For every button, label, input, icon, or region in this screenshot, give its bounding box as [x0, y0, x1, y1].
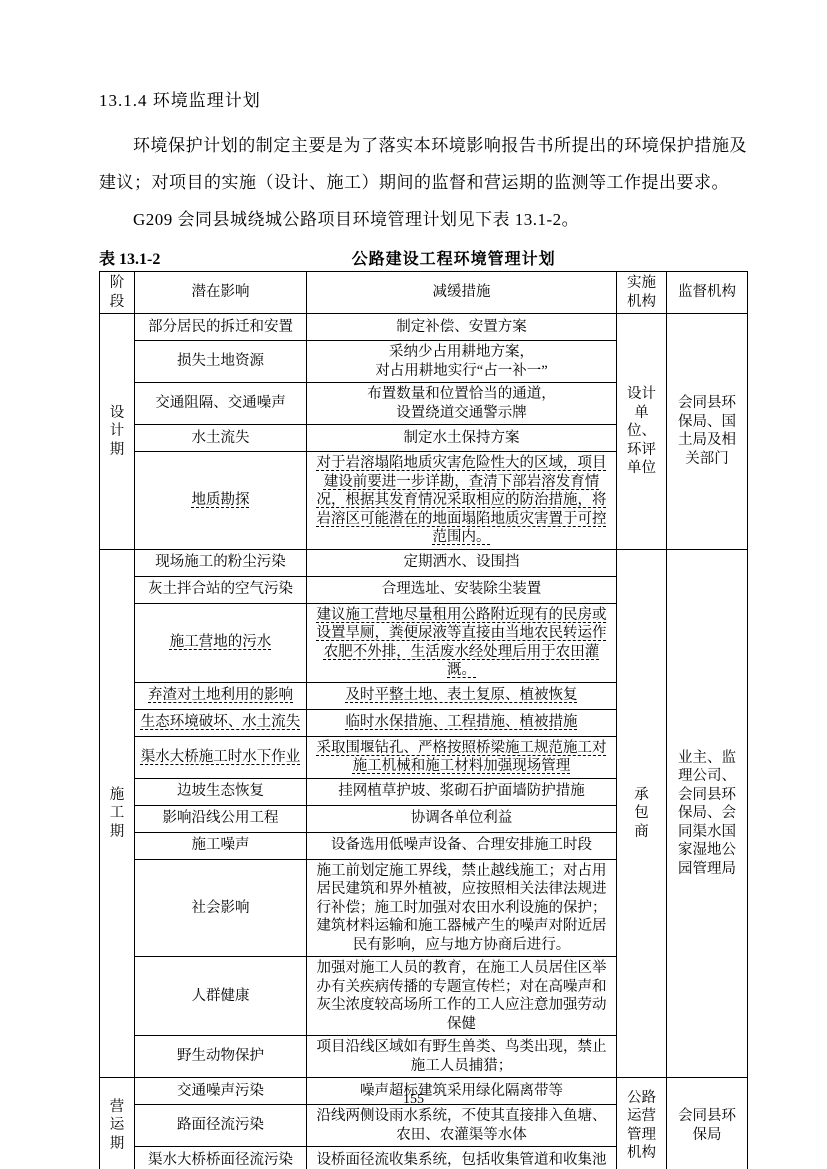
impact-cell: 地质勘探	[135, 452, 307, 550]
table-title: 公路建设工程环境管理计划	[160, 246, 747, 269]
measure-cell: 定期洒水、设围挡	[307, 549, 617, 576]
implementer-cell-construction: 承 包 商	[617, 549, 667, 1078]
impact-cell: 部分居民的拆迁和安置	[135, 314, 307, 341]
header-implementer: 实施 机构	[617, 272, 667, 314]
measure-cell: 施工前划定施工界线，禁止越线施工；对占用居民建筑和界外植被，应按照相关法律法规进…	[307, 859, 617, 957]
impact-cell: 施工噪声	[135, 832, 307, 859]
stage-cell-design: 设 计 期	[100, 314, 135, 550]
paragraph-table-ref: G209 会同县城绕城公路项目环境管理计划见下表 13.1-2。	[99, 201, 747, 238]
section-heading: 13.1.4 环境监理计划	[99, 86, 747, 111]
measure-cell: 挂网植草护坡、浆砌石护面墙防护措施	[307, 778, 617, 805]
implementer-cell-design: 设计 单位、 环评 单位	[617, 314, 667, 550]
measure-cell: 对于岩溶塌陷地质灾害危险性大的区域，项目建设前要进一步详勘，查清下部岩溶发育情况…	[307, 452, 617, 550]
impact-cell: 灰土拌合站的空气污染	[135, 576, 307, 603]
table-label: 表 13.1-2	[99, 246, 160, 269]
impact-cell: 施工营地的污水	[135, 603, 307, 682]
measure-cell: 协调各单位利益	[307, 805, 617, 832]
measure-cell: 建议施工营地尽量租用公路附近现有的民房或设置旱厕，粪便尿液等直接由当地农民转运作…	[307, 603, 617, 682]
measure-cell: 合理选址、安装除尘装置	[307, 576, 617, 603]
impact-cell: 渠水大桥施工时水下作业	[135, 736, 307, 778]
measure-cell: 采取围堰钻孔、严格按照桥梁施工规范施工对施工机械和施工材料加强现场管理	[307, 736, 617, 778]
measure-cell: 布置数量和位置恰当的通道， 设置绕道交通警示牌	[307, 383, 617, 425]
measure-cell: 沿线两侧设雨水系统，不使其直接排入鱼塘、农田、农灌渠等水体	[307, 1105, 617, 1147]
impact-cell: 损失土地资源	[135, 341, 307, 383]
impact-cell: 人群健康	[135, 957, 307, 1036]
stage-cell-construction: 施 工 期	[100, 549, 135, 1078]
header-measure: 减缓措施	[307, 272, 617, 314]
impact-cell: 边坡生态恢复	[135, 778, 307, 805]
measure-cell: 项目沿线区域如有野生兽类、鸟类出现，禁止施工人员捕猎；	[307, 1036, 617, 1078]
document-page: 13.1.4 环境监理计划 环境保护计划的制定主要是为了落实本环境影响报告书所提…	[0, 0, 827, 1169]
impact-cell: 弃渣对土地利用的影响	[135, 682, 307, 709]
impact-cell: 交通阻隔、交通噪声	[135, 383, 307, 425]
measure-cell: 临时水保措施、工程措施、植被措施	[307, 709, 617, 736]
environment-management-table: 阶 段 潜在影响 减缓措施 实施 机构 监督机构 设 计 期 部分居民的拆迁和安…	[99, 271, 748, 1169]
measure-cell: 设桥面径流收集系统，包括收集管道和收集池	[307, 1147, 617, 1169]
supervisor-cell-construction: 业主、监 理公司、 会同县环 保局、会 同渠水国 家湿地公 园管理局	[667, 549, 748, 1078]
impact-cell: 野生动物保护	[135, 1036, 307, 1078]
measure-cell: 设备选用低噪声设备、合理安排施工时段	[307, 832, 617, 859]
table-row: 设 计 期 部分居民的拆迁和安置 制定补偿、安置方案 设计 单位、 环评 单位 …	[100, 314, 748, 341]
impact-cell: 影响沿线公用工程	[135, 805, 307, 832]
impact-cell: 现场施工的粉尘污染	[135, 549, 307, 576]
supervisor-cell-design: 会同县环 保局、国 土局及相 关部门	[667, 314, 748, 550]
header-stage: 阶 段	[100, 272, 135, 314]
impact-cell: 路面径流污染	[135, 1105, 307, 1147]
impact-cell: 渠水大桥桥面径流污染	[135, 1147, 307, 1169]
measure-cell: 及时平整土地、表土复原、植被恢复	[307, 682, 617, 709]
measure-cell: 制定补偿、安置方案	[307, 314, 617, 341]
impact-cell: 水土流失	[135, 425, 307, 452]
measure-cell: 采纳少占用耕地方案， 对占用耕地实行“占一补一”	[307, 341, 617, 383]
impact-cell: 社会影响	[135, 859, 307, 957]
header-supervisor: 监督机构	[667, 272, 748, 314]
page-number: 155	[0, 1092, 827, 1108]
measure-cell: 制定水土保持方案	[307, 425, 617, 452]
impact-cell: 生态环境破坏、水土流失	[135, 709, 307, 736]
table-header-row: 阶 段 潜在影响 减缓措施 实施 机构 监督机构	[100, 272, 748, 314]
measure-cell: 加强对施工人员的教育，在施工人员居住区举办有关疾病传播的专题宣传栏；对在高噪声和…	[307, 957, 617, 1036]
table-row: 施 工 期 现场施工的粉尘污染 定期洒水、设围挡 承 包 商 业主、监 理公司、…	[100, 549, 748, 576]
header-impact: 潜在影响	[135, 272, 307, 314]
page-content: 13.1.4 环境监理计划 环境保护计划的制定主要是为了落实本环境影响报告书所提…	[99, 86, 747, 1169]
paragraph-intro: 环境保护计划的制定主要是为了落实本环境影响报告书所提出的环境保护措施及建议；对项…	[99, 127, 747, 201]
table-caption: 表 13.1-2 公路建设工程环境管理计划	[99, 246, 747, 269]
